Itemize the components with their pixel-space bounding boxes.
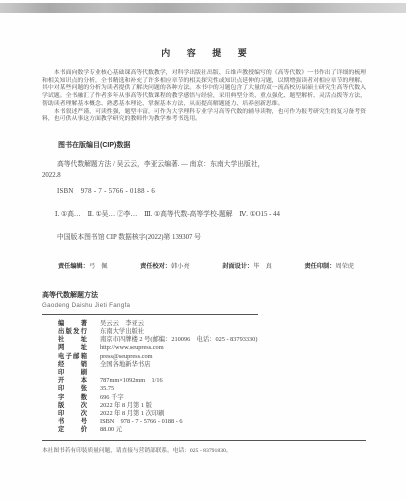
book-title-pinyin: Gaodeng Daishu Jieti Fangfa [42, 302, 366, 309]
row-value-publisher: 东南大学出版社 [100, 328, 144, 336]
row-label-sheets: 印张 [58, 385, 87, 393]
row-value-price: 88.00 元 [100, 426, 122, 434]
colophon-row-price: 定价88.00 元 [42, 426, 366, 434]
colophon-row-sheets: 印张35.75 [42, 385, 366, 393]
abstract-title: 内 容 提 要 [42, 46, 366, 59]
cip-title-line: 高等代数解题方法 / 吴云云，李亚云编著. — 南京：东南大学出版社，2022.… [42, 160, 274, 181]
colophon-row-address: 社址南京市四牌楼 2 号(邮编：210096 电话：025 - 83793330… [42, 336, 366, 344]
divider-rule-bottom [42, 440, 366, 441]
row-value-website: http://www.seupress.com [100, 344, 164, 352]
row-value-address: 南京市四牌楼 2 号(邮编：210096 电话：025 - 83793330) [100, 336, 257, 344]
scan-artifact-band [0, 3, 406, 13]
staff-label-cover-designer: 封面设计： [222, 263, 253, 270]
colophon-row-isbn: 书号ISBN 978 - 7 - 5766 - 0188 - 6 [42, 418, 366, 426]
page-content: 内 容 提 要 本书面向数学专业核心基础课高等代数教学，对科学出版社出版、丘维声… [42, 46, 366, 454]
colophon-row-printer: 印刷 [42, 369, 366, 377]
abstract-paragraph-1: 本书面向数学专业核心基础课高等代数教学，对科学出版社出版、丘维声教授编写的《高等… [42, 70, 366, 109]
colophon-row-format: 开本787mm×1092mm 1/16 [42, 377, 366, 385]
row-value-impression: 2022 年 8 月第 1 次印刷 [100, 410, 165, 418]
row-value-distributor: 全国各地新华书店 [100, 361, 150, 369]
staff-label-editor: 责任编辑： [58, 263, 89, 270]
colophon-row-impression: 印次2022 年 8 月第 1 次印刷 [42, 410, 366, 418]
row-value-email: press@seupress.com [100, 353, 153, 361]
book-title-cn: 高等代数解题方法 [42, 290, 366, 300]
staff-credit-print-supervisor: 责任印制：周荣虎 [304, 261, 354, 270]
book-copyright-page: 内 容 提 要 本书面向数学专业核心基础课高等代数教学，对科学出版社出版、丘维声… [0, 0, 406, 500]
staff-name-print-supervisor: 周荣虎 [335, 263, 354, 270]
row-label-distributor: 经销 [58, 361, 87, 369]
row-value-edition: 2022 年 8 月第 1 版 [100, 402, 152, 410]
cip-registry-number: 中国版本图书馆 CIP 数据核字(2022)第 139307 号 [42, 233, 366, 244]
staff-label-proofreader: 责任校对： [140, 263, 171, 270]
staff-name-editor: 弓 佩 [89, 263, 108, 270]
row-label-printer: 印刷 [58, 369, 87, 377]
colophon-row-edition: 版次2022 年 8 月第 1 版 [42, 402, 366, 410]
row-label-author: 编著 [58, 320, 87, 328]
staff-label-print-supervisor: 责任印制： [304, 263, 335, 270]
cip-classification-line: Ⅰ. ①高… Ⅱ. ①吴… ②李… Ⅲ. ①高等代数-高等学校-题解 Ⅳ. ①O… [42, 210, 284, 221]
row-label-publisher: 出版发行 [58, 328, 87, 336]
row-label-edition: 版次 [58, 402, 87, 410]
colophon-row-wordcount: 字数696 千字 [42, 394, 366, 402]
cip-section: 图书在版编目(CIP)数据 高等代数解题方法 / 吴云云，李亚云编著. — 南京… [42, 140, 366, 244]
row-label-wordcount: 字数 [58, 394, 87, 402]
staff-credits-row: 责任编辑：弓 佩 责任校对：韩小亮 封面设计：毕 真 责任印制：周荣虎 [42, 261, 366, 270]
row-value-sheets: 35.75 [100, 385, 114, 393]
staff-name-proofreader: 韩小亮 [171, 263, 190, 270]
colophon-row-website: 网址http://www.seupress.com [42, 344, 366, 352]
staff-credit-editor: 责任编辑：弓 佩 [58, 261, 108, 270]
colophon-row-publisher: 出版发行东南大学出版社 [42, 328, 366, 336]
staff-name-cover-designer: 毕 真 [253, 263, 272, 270]
row-value-wordcount: 696 千字 [100, 394, 124, 402]
colophon-rows: 编著吴云云 李亚云 出版发行东南大学出版社 社址南京市四牌楼 2 号(邮编：21… [42, 320, 366, 435]
row-label-email: 电子邮箱 [58, 353, 87, 361]
divider-rule-top [42, 314, 258, 315]
row-label-price: 定价 [58, 426, 87, 434]
quality-notice: 本社图书若有印装质量问题，请直接与营销部联系。电话：025 - 83791830… [42, 445, 366, 454]
colophon-row-author: 编著吴云云 李亚云 [42, 320, 366, 328]
abstract-paragraph-2: 本书叙述严谨，可读性强，题型丰富，可作为大学理科专业学习高等代数的辅导读物，也可… [42, 109, 366, 124]
staff-credit-cover-designer: 封面设计：毕 真 [222, 261, 272, 270]
colophon-row-distributor: 经销全国各地新华书店 [42, 361, 366, 369]
row-label-website: 网址 [58, 344, 87, 352]
row-value-author: 吴云云 李亚云 [100, 320, 144, 328]
cip-isbn-line: ISBN 978 - 7 - 5766 - 0188 - 6 [42, 187, 366, 198]
row-label-impression: 印次 [58, 410, 87, 418]
colophon-row-email: 电子邮箱press@seupress.com [42, 353, 366, 361]
cip-header: 图书在版编目(CIP)数据 [58, 140, 366, 150]
row-value-format: 787mm×1092mm 1/16 [100, 377, 163, 385]
staff-credit-proofreader: 责任校对：韩小亮 [140, 261, 190, 270]
